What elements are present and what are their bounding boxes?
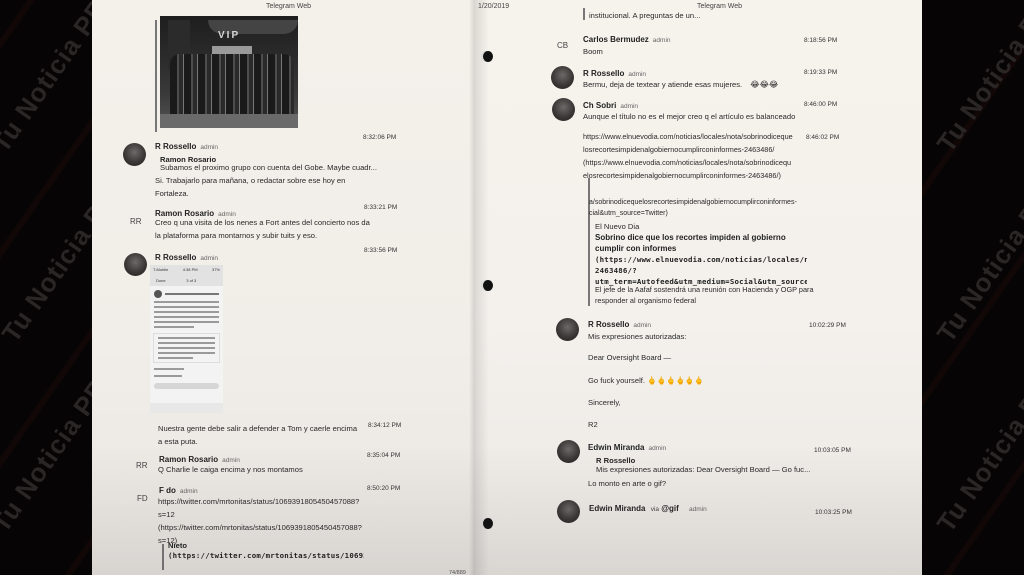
phone-status-bar: T-Mobile 4:38 PM 37% <box>150 265 223 278</box>
message-time: 8:33:56 PM <box>364 247 397 254</box>
message-sender: R Rosselloadmin <box>583 69 646 78</box>
message-time: 8:19:33 PM <box>804 69 837 76</box>
binder-hole <box>483 280 493 291</box>
laughing-emoji-icon: 😂😂😂 <box>750 80 778 89</box>
message-link[interactable]: https://www.elnuevodia.com/noticias/loca… <box>583 130 793 182</box>
bot-link[interactable]: @gif <box>661 504 679 513</box>
message-text: Mis expresiones autorizadas: <box>588 330 686 343</box>
message-text: Aunque el título no es el mejor creo q e… <box>583 110 795 123</box>
reply-text: Subamos el proximo grupo con cuenta del … <box>160 161 377 174</box>
message-sender: Ch Sobriadmin <box>583 101 638 110</box>
tweet-author <box>165 293 219 295</box>
watermark-text: Tu Noticia PR <box>931 183 1024 348</box>
admin-badge: admin <box>633 322 651 329</box>
binder-hole <box>483 51 493 62</box>
reply-input <box>154 383 219 389</box>
message-time: 8:46:00 PM <box>804 101 837 108</box>
admin-badge: admin <box>689 506 707 513</box>
admin-badge: admin <box>200 144 218 151</box>
quoted-tweet <box>153 333 220 363</box>
done-button: Done <box>156 278 166 286</box>
admin-badge: admin <box>653 37 671 44</box>
page-header: Telegram Web <box>266 3 311 10</box>
avatar[interactable] <box>124 253 147 276</box>
message-text: Sincerely, <box>588 396 621 409</box>
avatar[interactable] <box>556 318 579 341</box>
watermark-text: Tu Noticia PR <box>931 373 1024 538</box>
photo-ground <box>160 114 298 128</box>
message-time: 8:32:06 PM <box>363 134 396 141</box>
avatar[interactable] <box>557 500 580 523</box>
watermark-text: Tu Noticia PR <box>931 0 1024 158</box>
link-preview-title: Nieto <box>168 541 187 550</box>
message-time: 8:46:02 PM <box>806 134 839 141</box>
quote-bar <box>155 20 157 132</box>
avatar[interactable] <box>551 66 574 89</box>
page-header: Telegram Web <box>697 3 742 10</box>
message-sender: F doadmin <box>159 486 198 495</box>
message-time: 10:03:25 PM <box>815 509 852 516</box>
link-preview-title[interactable]: Sobrino dice que los recortes impiden al… <box>595 232 786 254</box>
admin-badge: admin <box>648 445 666 452</box>
message-link[interactable]: https://twitter.com/mrtonitas/status/106… <box>158 495 362 547</box>
initials-avatar[interactable]: CB <box>557 41 568 50</box>
link-preview-description: El jefe de la Aafaf sostendrá una reunió… <box>595 284 815 306</box>
group-photo[interactable]: VIP <box>160 16 298 128</box>
message-text: Si. Trabajarlo para mañana, o redactar s… <box>155 174 355 200</box>
message-time: 10:02:29 PM <box>809 322 846 329</box>
message-time: 8:18:56 PM <box>804 37 837 44</box>
message-sender: Edwin Mirandaadmin <box>588 443 666 452</box>
link-preview-url[interactable]: (https://twitter.com/mrtonitas/status/10… <box>168 551 364 560</box>
avatar[interactable] <box>123 143 146 166</box>
photo-sign: VIP <box>218 30 240 41</box>
reply-text: Mis expresiones autorizadas: Dear Oversi… <box>596 463 810 476</box>
message-text: Go fuck yourself. 🖕🖕🖕🖕🖕🖕 <box>588 374 704 387</box>
message-time: 8:33:21 PM <box>364 204 397 211</box>
phone-screenshot-attachment[interactable]: T-Mobile 4:38 PM 37% Done 3 of 3 <box>150 265 223 413</box>
page-number: 74/889 <box>449 570 466 575</box>
message-text: Q Charlie le caiga encima y nos montamos <box>158 463 303 476</box>
admin-badge: admin <box>200 255 218 262</box>
message-sender: R Rosselloadmin <box>155 142 218 151</box>
message-time: 8:50:20 PM <box>367 485 400 492</box>
avatar[interactable] <box>552 98 575 121</box>
battery-label: 37% <box>212 267 220 276</box>
message-text: Lo monto en arte o gif? <box>588 477 666 490</box>
tweet-avatar <box>154 290 162 298</box>
printed-page-left: Telegram Web VIP R Rosselloadmin 8:32:06… <box>92 0 475 575</box>
carrier-label: T-Mobile <box>153 267 168 276</box>
admin-badge: admin <box>628 71 646 78</box>
clock-label: 4:38 PM <box>183 267 198 276</box>
message-sender: Carlos Bermudezadmin <box>583 35 671 44</box>
binder-hole <box>483 518 493 529</box>
cropped-link[interactable]: a/sobrinodicequelosrecortesimpidenalgobi… <box>589 197 797 219</box>
message-text: R2 <box>588 418 598 431</box>
message-text: Boom <box>583 45 603 58</box>
message-text: Bermu, deja de textear y atiende esas mu… <box>583 78 778 91</box>
via-label: via <box>651 506 659 513</box>
admin-badge: admin <box>180 488 198 495</box>
phone-nav-bar: Done 3 of 3 <box>150 278 223 286</box>
admin-badge: admin <box>620 103 638 110</box>
message-text: Dear Oversight Board — <box>588 351 671 364</box>
preview-bar <box>162 544 164 570</box>
avatar[interactable] <box>557 440 580 463</box>
message-text: Nuestra gente debe salir a defender a To… <box>158 422 363 448</box>
message-time: 10:03:05 PM <box>814 447 851 454</box>
quoted-text: institucional. A preguntas de un... <box>589 9 700 22</box>
message-sender: Edwin Miranda via @gif admin <box>589 504 707 513</box>
message-sender: R Rosselloadmin <box>155 253 218 262</box>
page-counter: 3 of 3 <box>186 278 196 286</box>
message-sender: R Rosselloadmin <box>588 320 651 329</box>
message-time: 8:35:04 PM <box>367 452 400 459</box>
print-date: 1/20/2019 <box>478 3 509 10</box>
initials-avatar[interactable]: RR <box>136 461 148 470</box>
tweet-header <box>154 290 219 298</box>
printed-page-right: 1/20/2019 Telegram Web institucional. A … <box>475 0 922 575</box>
initials-avatar[interactable]: RR <box>130 217 142 226</box>
message-time: 8:34:12 PM <box>368 422 401 429</box>
link-preview-url[interactable]: (https://www.elnuevodia.com/noticias/loc… <box>595 254 807 287</box>
message-text: Creo q una visita de los nenes a Fort an… <box>155 216 370 242</box>
quote-bar <box>583 8 585 20</box>
phone-tab-bar <box>150 403 223 413</box>
initials-avatar[interactable]: FD <box>137 494 148 503</box>
photo-crowd <box>170 54 294 116</box>
